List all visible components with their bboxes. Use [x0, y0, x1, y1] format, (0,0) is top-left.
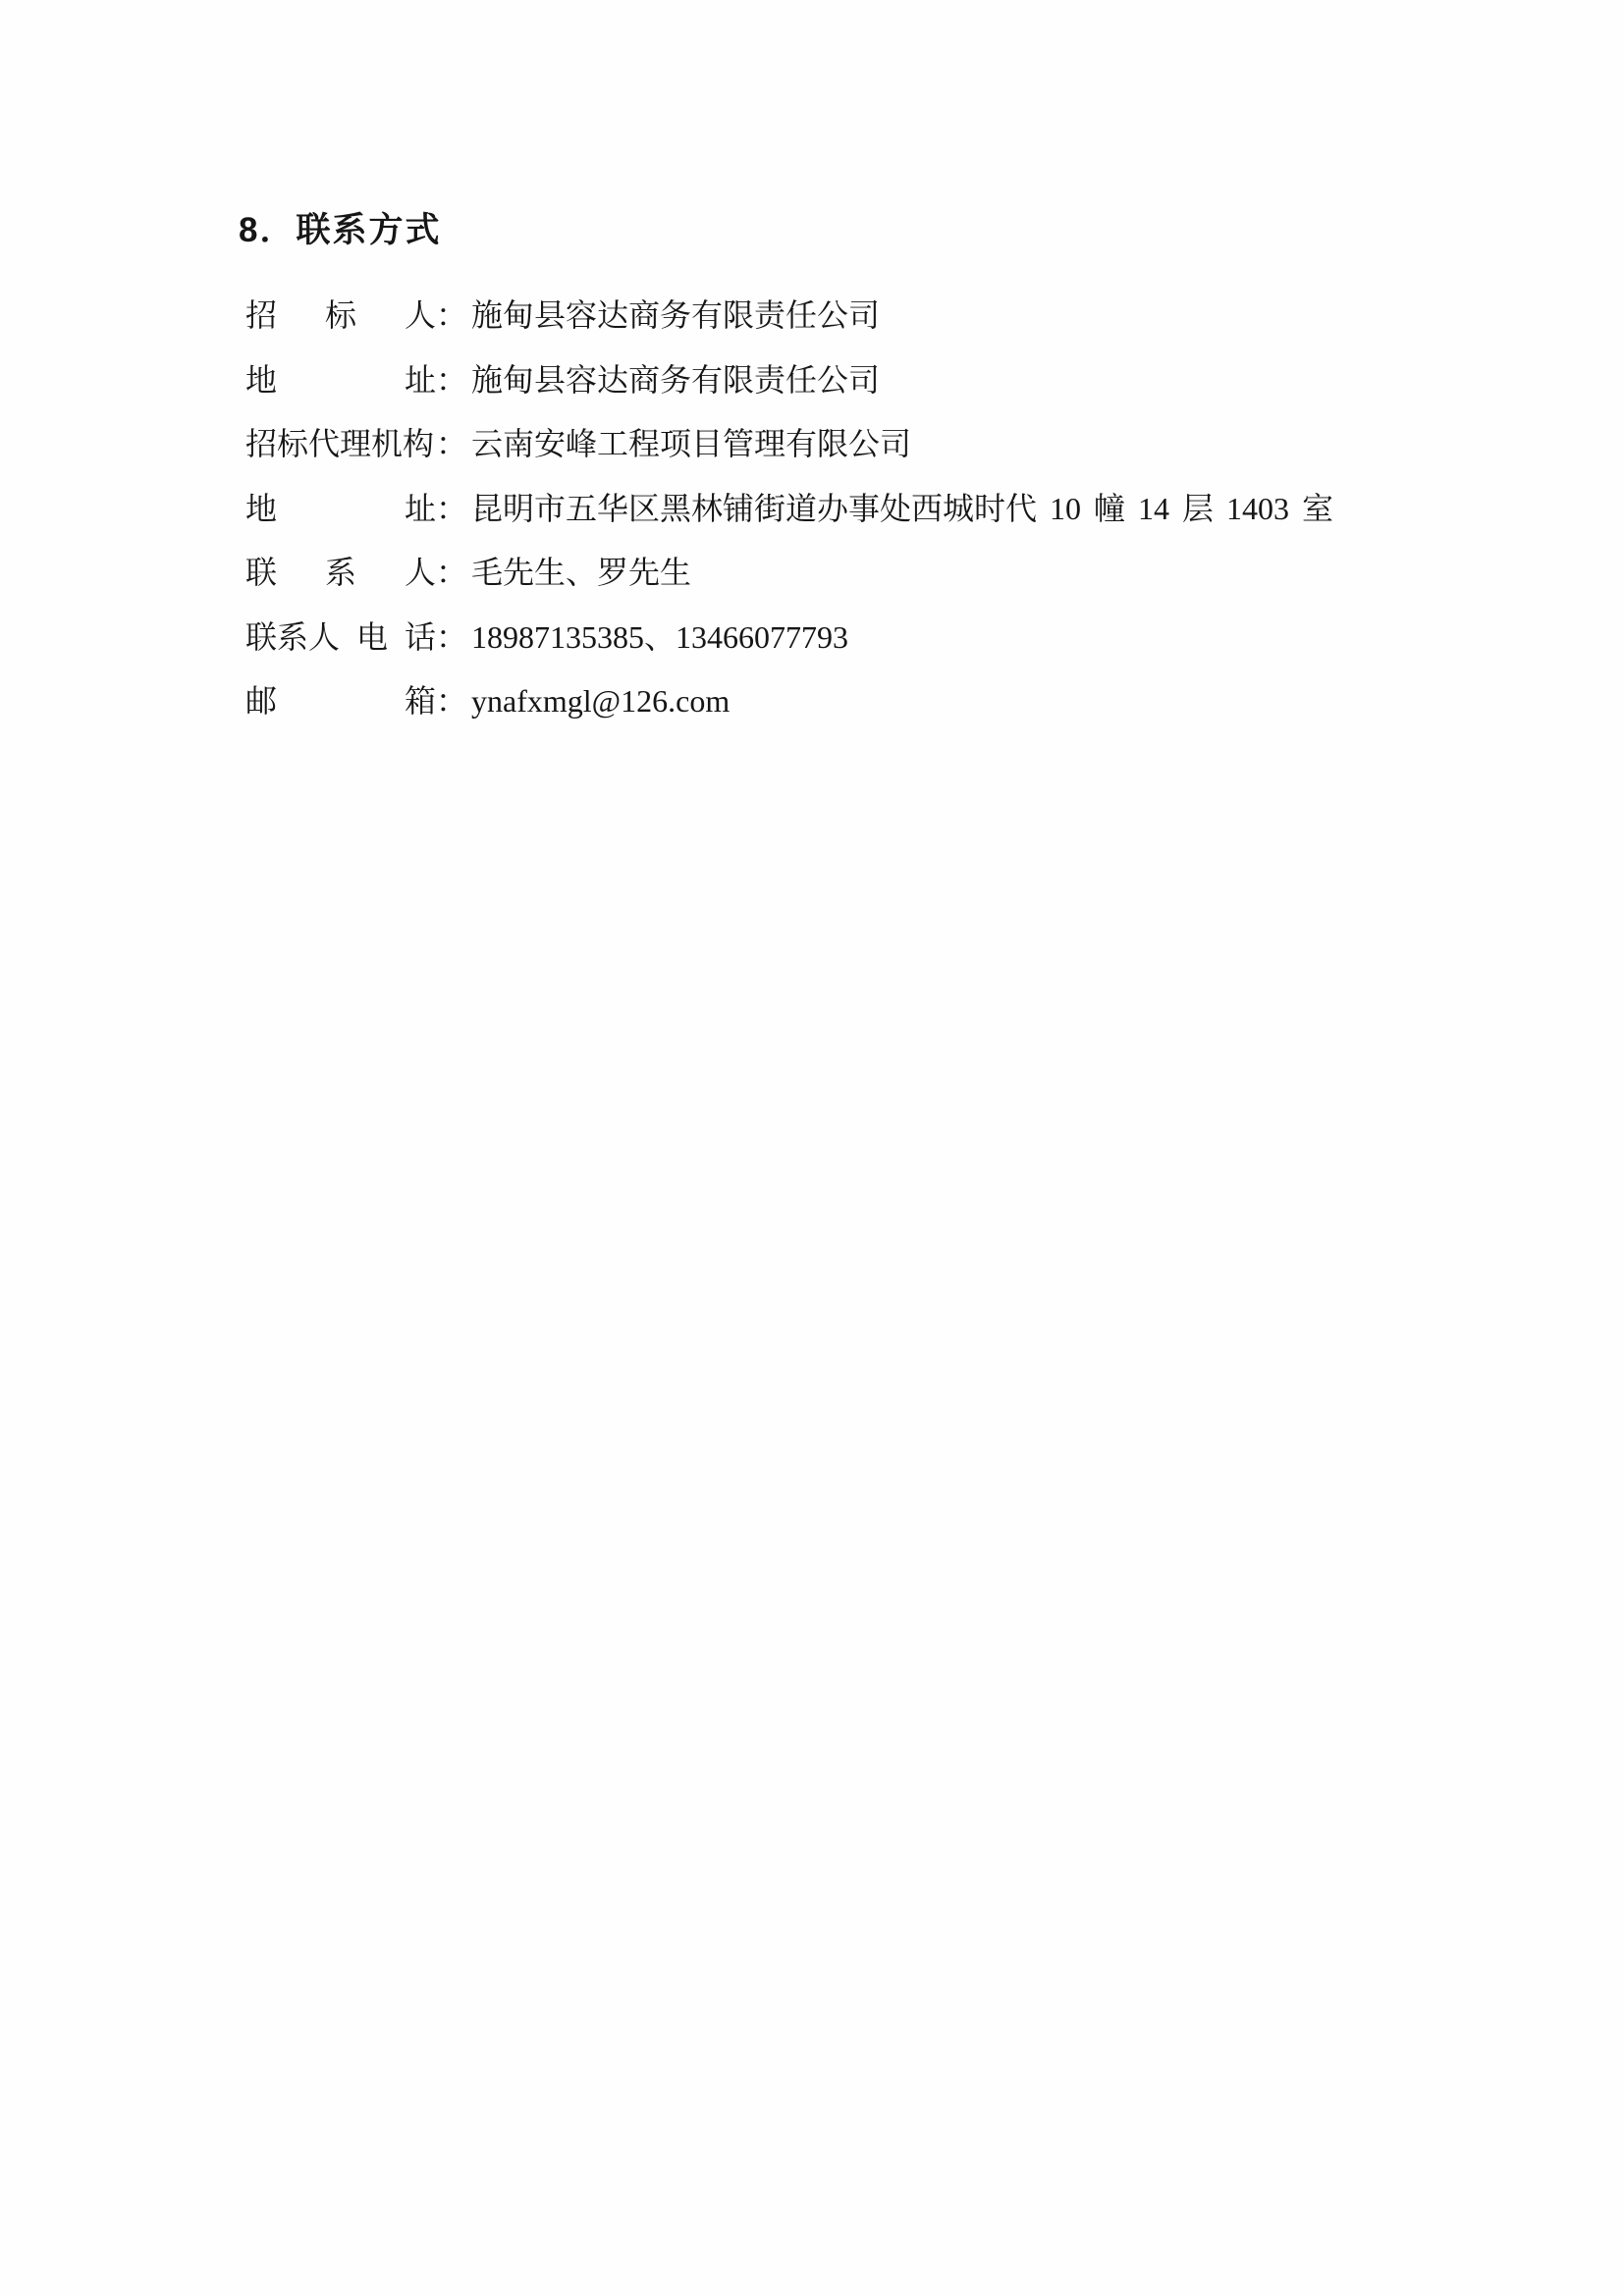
field-value: 毛先生、罗先生: [471, 541, 691, 606]
label-colon: ：: [436, 477, 468, 542]
label-colon: ：: [436, 412, 468, 477]
label-colon: ：: [436, 669, 468, 734]
contact-row: 邮箱：ynafxmgl@126.com: [245, 669, 1333, 734]
label-token: 话: [405, 606, 436, 670]
label-colon: ：: [436, 348, 468, 413]
label-token: 招: [245, 284, 277, 348]
field-value: 昆明市五华区黑林铺街道办事处西城时代 10 幢 14 层 1403 室: [471, 477, 1333, 542]
label-colon: ：: [436, 541, 468, 606]
field-value: 18987135385、13466077793: [471, 606, 848, 670]
label-token: 邮: [245, 669, 277, 734]
label-token: 电: [356, 606, 388, 670]
contact-row: 联系人电话：18987135385、13466077793: [245, 606, 1333, 670]
field-label: 招标代理机构: [245, 412, 436, 477]
label-token: 地: [245, 348, 277, 413]
label-token: 人: [405, 284, 436, 348]
label-token: 联: [245, 541, 277, 606]
label-token: 招标代理机构: [245, 412, 434, 477]
label-colon: ：: [436, 284, 468, 348]
contact-row: 招标人：施甸县容达商务有限责任公司: [245, 284, 1333, 348]
label-token: 标: [325, 284, 356, 348]
label-token: 地: [245, 477, 277, 542]
label-token: 系: [325, 541, 356, 606]
field-label: 地址: [245, 477, 436, 542]
contact-row: 招标代理机构：云南安峰工程项目管理有限公司: [245, 412, 1333, 477]
contact-list: 招标人：施甸县容达商务有限责任公司地址：施甸县容达商务有限责任公司招标代理机构：…: [245, 284, 1333, 734]
field-value: ynafxmgl@126.com: [471, 669, 730, 734]
label-token: 人: [405, 541, 436, 606]
field-label: 招标人: [245, 284, 436, 348]
label-token: 箱: [405, 669, 436, 734]
label-colon: ：: [436, 606, 468, 670]
document-page: 8．联系方式 招标人：施甸县容达商务有限责任公司地址：施甸县容达商务有限责任公司…: [0, 0, 1624, 2296]
label-token: 址: [405, 477, 436, 542]
contact-row: 地址：昆明市五华区黑林铺街道办事处西城时代 10 幢 14 层 1403 室: [245, 477, 1333, 542]
field-label: 联系人电话: [245, 606, 436, 670]
field-label: 联系人: [245, 541, 436, 606]
field-label: 地址: [245, 348, 436, 413]
field-value: 施甸县容达商务有限责任公司: [471, 348, 880, 413]
label-token: 联系人: [245, 606, 340, 670]
section-heading: 8．联系方式: [239, 209, 441, 252]
label-token: 址: [405, 348, 436, 413]
field-label: 邮箱: [245, 669, 436, 734]
contact-row: 联系人：毛先生、罗先生: [245, 541, 1333, 606]
contact-row: 地址：施甸县容达商务有限责任公司: [245, 348, 1333, 413]
field-value: 云南安峰工程项目管理有限公司: [471, 412, 911, 477]
field-value: 施甸县容达商务有限责任公司: [471, 284, 880, 348]
